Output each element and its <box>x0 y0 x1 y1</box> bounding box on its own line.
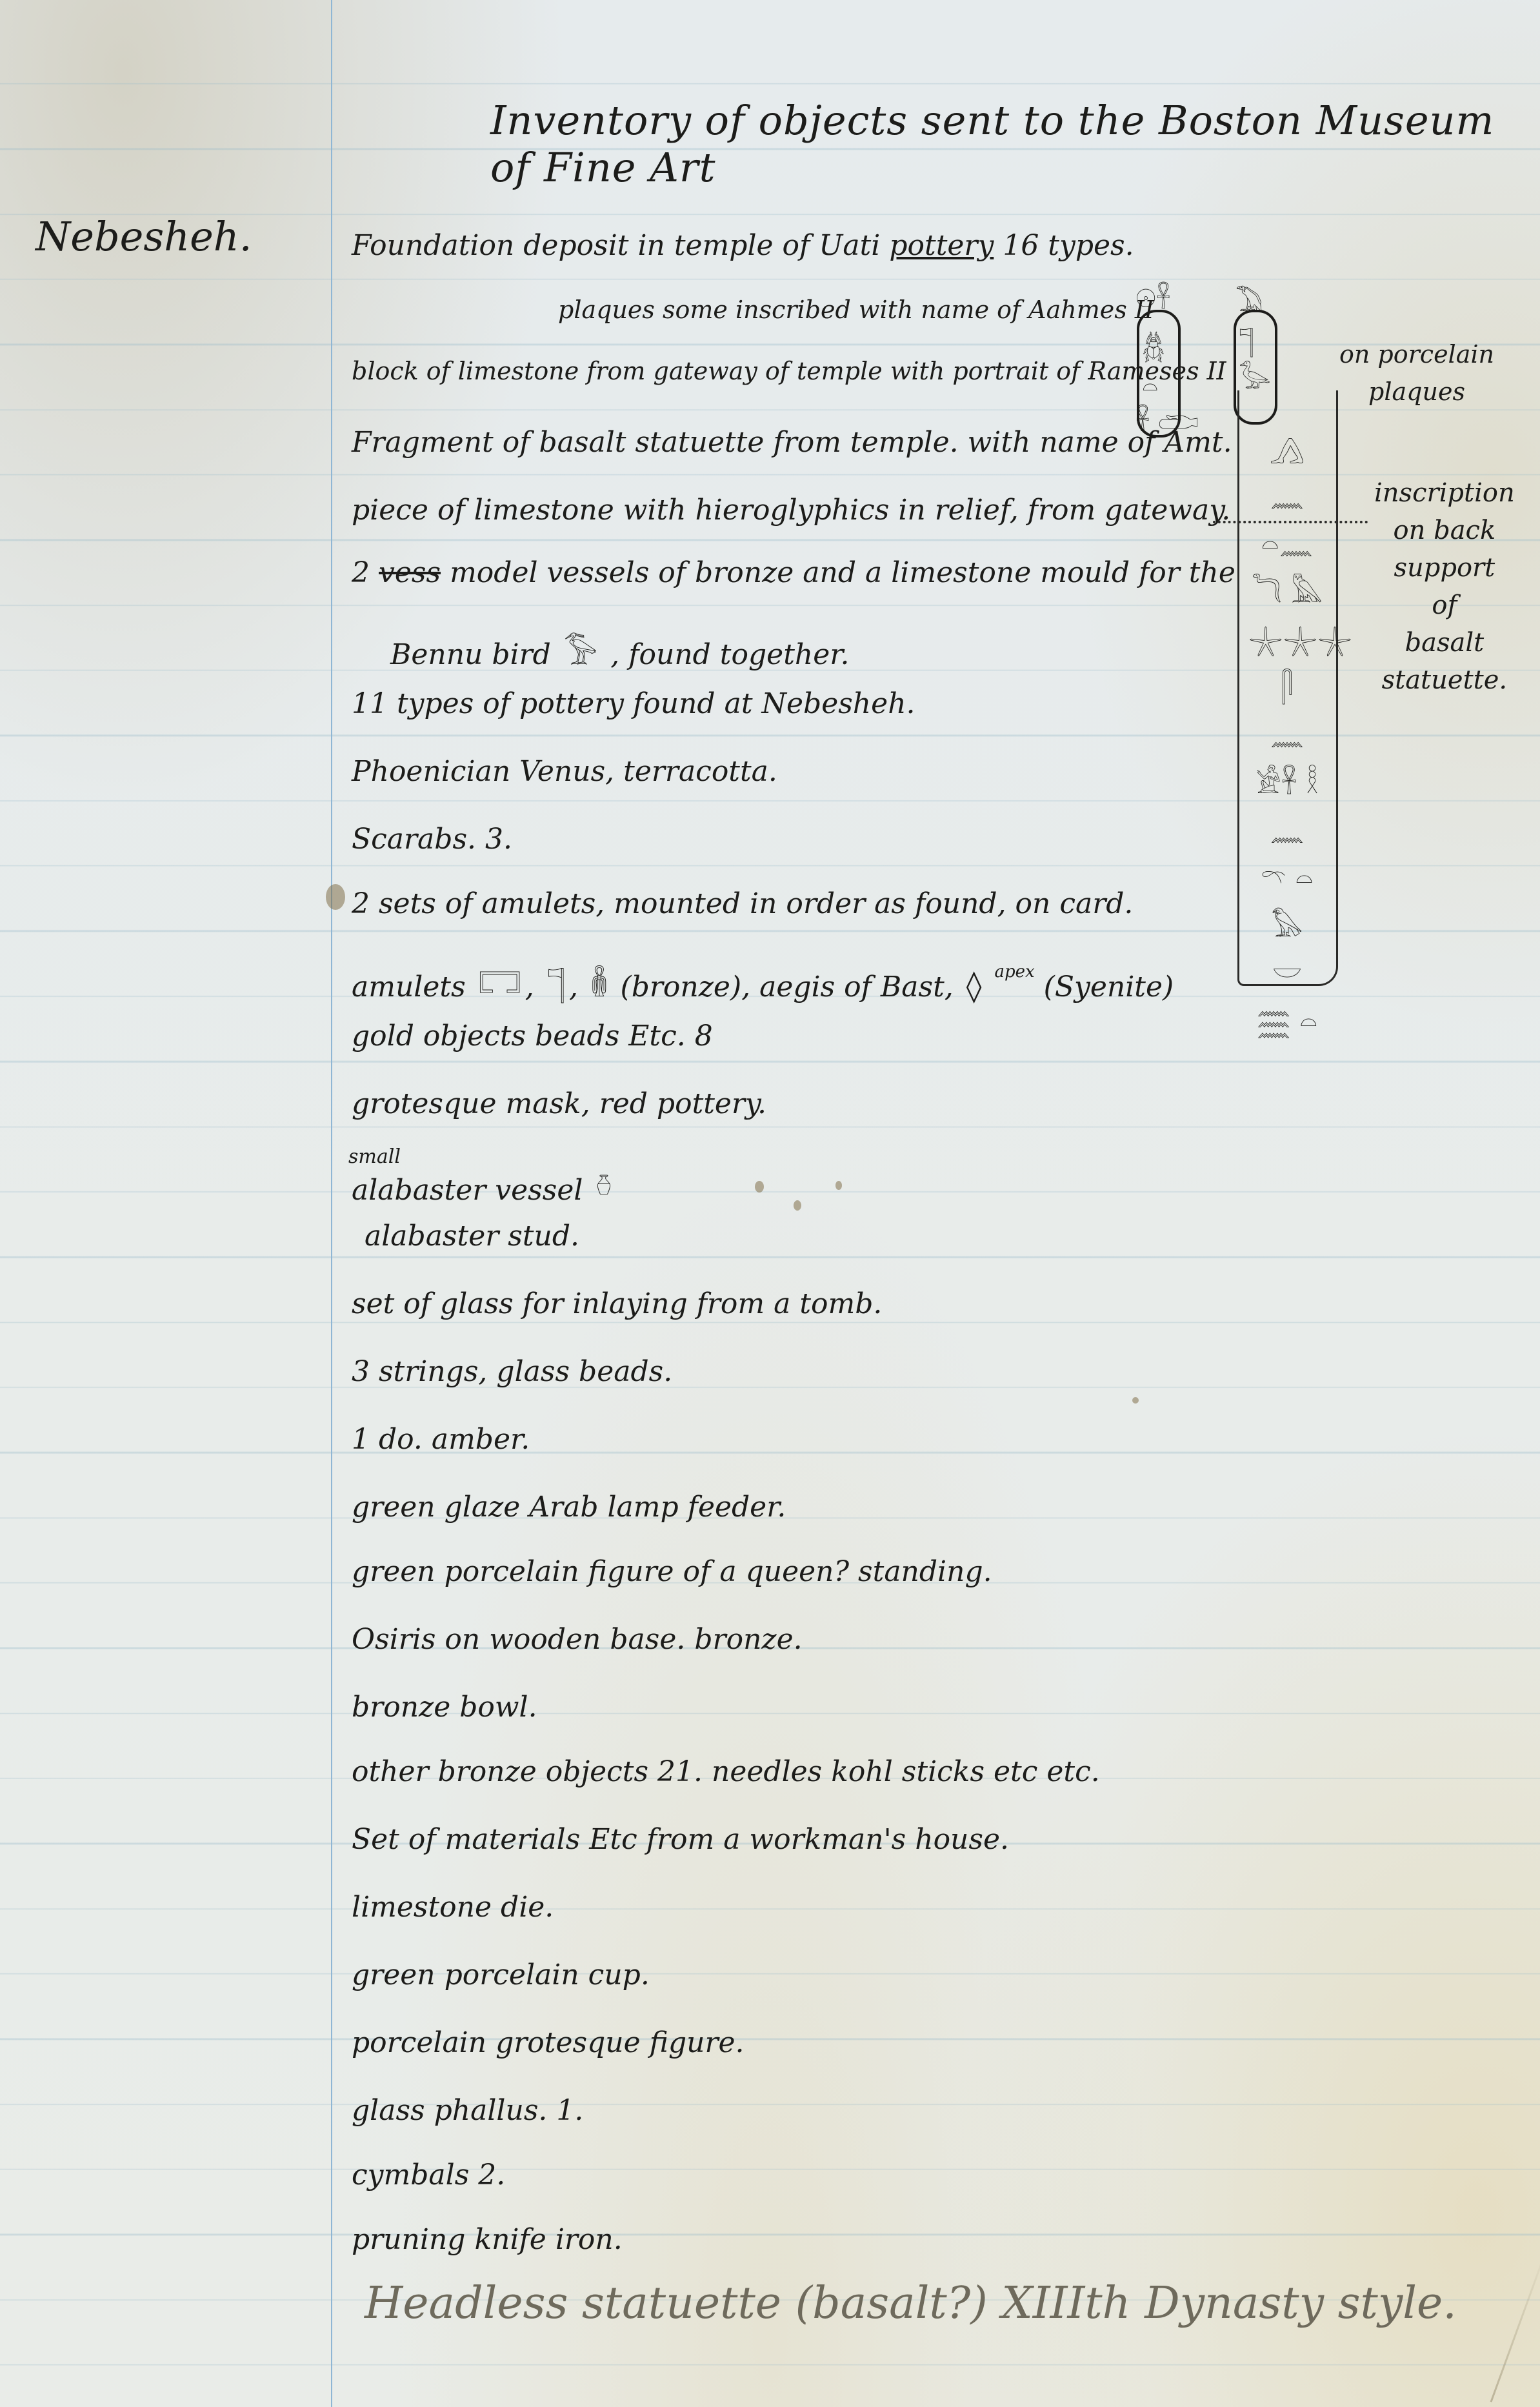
inventory-entry: amulets 𓉐, 𓊹, 𓎬 (bronze), aegis of Bast,… <box>352 955 1174 1007</box>
inventory-entry: other bronze objects 21. needles kohl st… <box>352 1755 1100 1788</box>
entry-text: Bennu bird <box>390 638 551 671</box>
entry-text: bronze bowl. <box>352 1691 537 1724</box>
entry-text: block of limestone from gateway of templ… <box>352 357 1226 385</box>
inventory-entry: porcelain grotesque figure. <box>352 2026 745 2059</box>
ink-spatter <box>835 1181 842 1190</box>
entry-count: 16 types. <box>1003 229 1134 262</box>
inventory-entry: Foundation deposit in temple of Uati pot… <box>352 229 1134 262</box>
hieroglyph: 𓇼𓇼𓇼 𓋴 <box>1248 617 1326 712</box>
entry-text: cymbals 2. <box>352 2159 505 2191</box>
entry-text: green porcelain cup. <box>352 1959 650 1991</box>
entry-text: Foundation deposit in temple of Uati <box>352 229 880 262</box>
hieroglyph: 𓈗 𓏏 <box>1248 999 1326 1047</box>
annotation-line: on back <box>1374 512 1515 549</box>
below-cartouche-glyphs: 𓋹 𓂧 <box>1135 397 1199 439</box>
ink-spatter <box>794 1200 801 1211</box>
double-plume-amulet-icon: 𓊹 <box>547 968 565 1004</box>
vase-amulet-icon: 𓎬 <box>591 968 608 1004</box>
pendant-amulet-icon: ◊ <box>966 968 982 1004</box>
manuscript-page: Inventory of objects sent to the Boston … <box>0 0 1540 2407</box>
ink-stain <box>326 884 345 910</box>
page-title: Inventory of objects sent to the Boston … <box>490 97 1540 191</box>
annotation-line: statuette. <box>1374 661 1515 699</box>
inventory-entry: plaques some inscribed with name of Aahm… <box>558 296 1154 324</box>
statuette-annotation: inscription on back support of basalt st… <box>1374 474 1515 699</box>
entry-text: gold objects beads Etc. 8 <box>352 1020 713 1052</box>
entry-number: 2 <box>352 556 370 589</box>
hieroglyph: 𓂻 <box>1248 426 1326 474</box>
entry-text: amulets <box>352 971 466 1003</box>
inventory-entry: gold objects beads Etc. 8 <box>352 1020 713 1052</box>
entry-text: Osiris on wooden base. bronze. <box>352 1623 803 1656</box>
hieroglyph: 𓈖 <box>1248 712 1326 760</box>
margin-rule <box>331 0 332 2407</box>
annotation-line: support <box>1374 549 1515 587</box>
entry-text: piece of limestone with hieroglyphics in… <box>352 494 1230 527</box>
inventory-entry: set of glass for inlaying from a tomb. <box>352 1287 882 1320</box>
entry-text: pruning knife iron. <box>352 2223 623 2256</box>
entry-text: Fragment of basalt statuette from temple… <box>352 426 1232 459</box>
cartouche-1-inner-glyphs: 𓆣 𓏏 <box>1142 329 1165 407</box>
ink-spatter <box>1132 1397 1139 1404</box>
inventory-entry: Phoenician Venus, terracotta. <box>352 755 777 788</box>
entry-text: Phoenician Venus, terracotta. <box>352 755 777 788</box>
scarab-icon: 𓆣 <box>1142 329 1165 368</box>
entry-text: , found together. <box>610 638 849 671</box>
annotation-line: basalt <box>1374 624 1515 661</box>
entry-note: (Syenite) <box>1044 971 1174 1003</box>
entry-text: 2 sets of amulets, mounted in order as f… <box>352 887 1133 920</box>
entry-text: porcelain grotesque figure. <box>352 2026 745 2059</box>
entry-text: 11 types of pottery found at Nebesheh. <box>352 687 915 720</box>
inventory-entry: limestone die. <box>352 1891 554 1924</box>
annotation-line: inscription <box>1374 474 1515 512</box>
entry-text: 3 strings, glass beads. <box>352 1355 672 1388</box>
hieroglyph: 𓀀𓋹 𓎛 <box>1248 760 1326 808</box>
final-entry-pencil: Headless statuette (basalt?) XIIIth Dyna… <box>365 2278 1457 2329</box>
inventory-entry: pruning knife iron. <box>352 2223 623 2256</box>
ink-spatter <box>755 1181 764 1193</box>
inventory-entry: 2 vess model vessels of bronze and a lim… <box>352 556 1235 589</box>
inventory-entry: green porcelain cup. <box>352 1959 650 1991</box>
inventory-entry: cymbals 2. <box>352 2159 505 2191</box>
entry-note: (bronze), aegis of Bast, <box>621 971 954 1003</box>
insertion-note: small <box>348 1145 401 1168</box>
inventory-entry: bronze bowl. <box>352 1691 537 1724</box>
cartouche-2-inner-glyphs: 𓊹 𓅭 <box>1239 326 1271 397</box>
vessel-sketch-icon: 𓏊 <box>595 1171 612 1207</box>
entry-text: plaques some inscribed with name of Aahm… <box>558 296 1154 324</box>
hieroglyph: 𓏏𓈖 <box>1248 521 1326 569</box>
struck-word: vess <box>379 556 441 589</box>
entry-text: model vessels of bronze and a limestone … <box>450 556 1235 589</box>
statuette-inscription-column: 𓂻 𓈖 𓏏𓈖 𓆓 𓅓 𓇼𓇼𓇼 𓋴 𓈖 𓀀𓋹 𓎛 𓈖 𓍼 𓏏 𓅃 𓎟 𓈗 𓏏 <box>1248 426 1326 1047</box>
inventory-entry: Bennu bird 𓅣 , found together. <box>390 623 849 674</box>
entry-text: alabaster stud. <box>365 1220 579 1253</box>
entry-text: green glaze Arab lamp feeder. <box>352 1491 786 1524</box>
bennu-bird-icon: 𓅣 <box>564 636 597 672</box>
inventory-entry: alabaster stud. <box>365 1220 579 1253</box>
pyramid-amulet-icon: 𓉐 <box>479 968 521 1004</box>
superscript-note: apex <box>994 962 1034 982</box>
entry-text: set of glass for inlaying from a tomb. <box>352 1287 882 1320</box>
feather-icon: 𓊹 <box>1239 326 1271 361</box>
inventory-entry: 3 strings, glass beads. <box>352 1355 672 1388</box>
basket-icon: 𓎟 <box>1248 951 1326 999</box>
inventory-entry: 2 sets of amulets, mounted in order as f… <box>352 887 1133 920</box>
hieroglyph: 𓈖 <box>1248 474 1326 521</box>
entry-text: glass phallus. 1. <box>352 2094 583 2127</box>
entry-text: green porcelain figure of a queen? stand… <box>352 1555 992 1588</box>
hieroglyph: 𓆓 𓅓 <box>1248 569 1326 617</box>
hieroglyph: 𓈖 <box>1248 808 1326 856</box>
site-label: Nebesheh. <box>35 213 252 260</box>
inventory-entry: green glaze Arab lamp feeder. <box>352 1491 786 1524</box>
inventory-entry: block of limestone from gateway of templ… <box>352 357 1226 385</box>
inventory-entry: grotesque mask, red pottery. <box>352 1087 766 1120</box>
entry-text: alabaster vessel <box>352 1174 583 1207</box>
entry-text: other bronze objects 21. needles kohl st… <box>352 1755 1100 1788</box>
entry-text: Scarabs. 3. <box>352 823 512 856</box>
falcon-icon: 𓅃 <box>1248 903 1326 951</box>
inventory-entry: Osiris on wooden base. bronze. <box>352 1623 803 1656</box>
inventory-entry: 11 types of pottery found at Nebesheh. <box>352 687 915 720</box>
inventory-entry: glass phallus. 1. <box>352 2094 583 2127</box>
inventory-entry: 1 do. amber. <box>352 1423 530 1456</box>
inventory-entry: Scarabs. 3. <box>352 823 512 856</box>
entry-text: Set of materials Etc from a workman's ho… <box>352 1823 1009 1856</box>
annotation-line: of <box>1374 587 1515 624</box>
entry-text: 1 do. amber. <box>352 1423 530 1456</box>
underlined-word: pottery <box>889 229 994 262</box>
inventory-entry: piece of limestone with hieroglyphics in… <box>352 494 1230 527</box>
inventory-entry: Set of materials Etc from a workman's ho… <box>352 1823 1009 1856</box>
entry-text: limestone die. <box>352 1891 554 1924</box>
entry-text: grotesque mask, red pottery. <box>352 1087 766 1120</box>
hieroglyph: 𓍼 𓏏 <box>1248 856 1326 903</box>
inventory-entry: Fragment of basalt statuette from temple… <box>352 426 1232 459</box>
inventory-entry: green porcelain figure of a queen? stand… <box>352 1555 992 1588</box>
